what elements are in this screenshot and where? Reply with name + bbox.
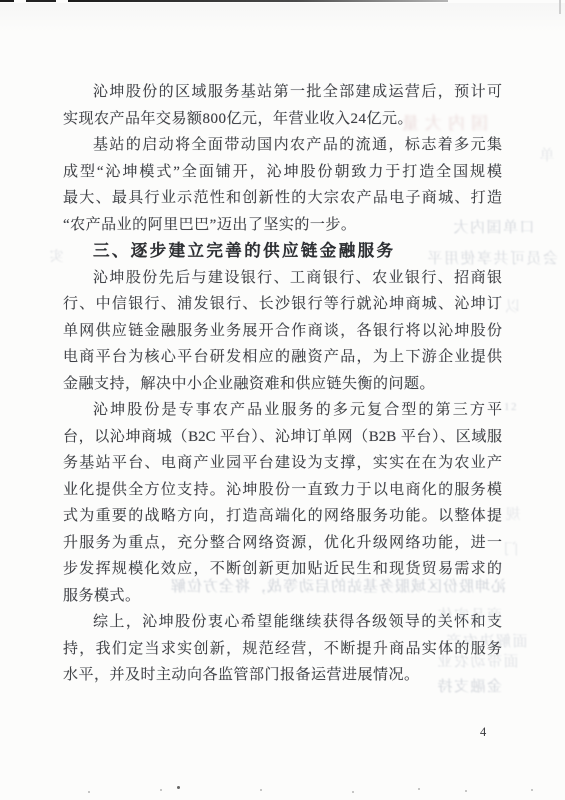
page-number: 4 <box>480 725 487 740</box>
scan-edge-artifact <box>68 0 448 2</box>
text-line: 成型“沁坤模式”全面铺开，沁坤股份朝致力于打造全国规模 <box>63 159 502 186</box>
bleed-through-text: 12 <box>504 401 518 413</box>
bleed-through-text: 国内大量 <box>396 109 488 134</box>
text-line: 行、中信银行、浦发银行、长沙银行等行就沁坤商城、沁坤订 <box>63 291 502 318</box>
text-line: 沁坤股份先后与建设银行、工商银行、农业银行、招商银 <box>63 265 502 292</box>
scan-noise-dot <box>260 789 262 791</box>
text-line: 金融支持，解决中小企业融资难和供应链失衡的问题。 <box>63 371 502 398</box>
bleed-through-text: 面解决农产 <box>445 630 528 651</box>
bleed-through-text: 会员可共享使用平 <box>426 247 558 268</box>
text-line: 务基站平台、电商产业园平台建设为支撑，实实在在为农业产 <box>63 450 502 477</box>
text-line: 单网供应链金融服务业务展开合作商谈，各银行将以沁坤股份 <box>63 318 502 345</box>
text-line: 台，以沁坤商城（B2C 平台）、沁坤订单网（B2B 平台）、区域服 <box>63 424 502 451</box>
bleed-through-text: 金融支持 <box>436 675 502 696</box>
text-line: 基站的启动将全面带动国内农产品的流通，标志着多元集 <box>63 132 502 159</box>
bleed-through-text: 以 <box>504 295 521 316</box>
scan-noise-dot <box>531 789 533 791</box>
bleed-through-text: 口单国内大 <box>452 216 535 237</box>
document-body: 沁坤股份的区域服务基站第一批全部建成运营后，预计可实现农产品年交易额800亿元，… <box>63 79 502 689</box>
scanner-shadow-band <box>0 3 565 33</box>
scan-noise-dot <box>160 789 162 791</box>
text-line: 沁坤股份的区域服务基站第一批全部建成运营后，预计可 <box>63 79 502 106</box>
scan-edge-artifact <box>559 0 561 14</box>
scan-noise-dot <box>418 788 420 790</box>
text-line: 业化提供全方位支持。沁坤股份一直致力于以电商化的服务模 <box>63 477 502 504</box>
text-line: “农产品业的阿里巴巴”迈出了坚实的一步。 <box>63 212 502 239</box>
bleed-through-text: 规 <box>504 503 521 524</box>
scan-noise-dot <box>465 790 467 792</box>
scan-noise-dot <box>88 791 90 793</box>
text-line: 升服务为重点，充分整合网络资源，优化升级网络功能，进一 <box>63 530 502 557</box>
text-line: 最大、最具行业示范性和创新性的大宗农产品电子商城、打造 <box>63 185 502 212</box>
bleed-through-text: 单 <box>538 144 555 165</box>
text-line: 电商平台为核心平台研发相应的融资产品，为上下游企业提供 <box>63 344 502 371</box>
scan-edge-artifact <box>0 0 14 2</box>
scan-noise-dot <box>177 786 180 789</box>
bleed-through-text: 商品实体 <box>436 604 502 625</box>
bleed-through-text: 沁坤股份区域服务基站的启动等战，将全方位解 <box>170 575 506 596</box>
scan-edge-artifact <box>26 0 56 2</box>
scan-noise-dot <box>352 791 354 793</box>
text-line: 式为重要的战略方向，打造高端化的网络服务功能。以整体提 <box>63 503 502 530</box>
text-line: 沁坤股份是专事农产品业服务的多元复合型的第三方平 <box>63 397 502 424</box>
bleed-through-text: 实 <box>48 246 64 266</box>
bleed-through-text: 门 <box>502 538 519 559</box>
bleed-through-text: 面带动农业 <box>436 650 519 671</box>
scanned-document-page: 沁坤股份的区域服务基站第一批全部建成运营后，预计可实现农产品年交易额800亿元，… <box>0 0 565 800</box>
